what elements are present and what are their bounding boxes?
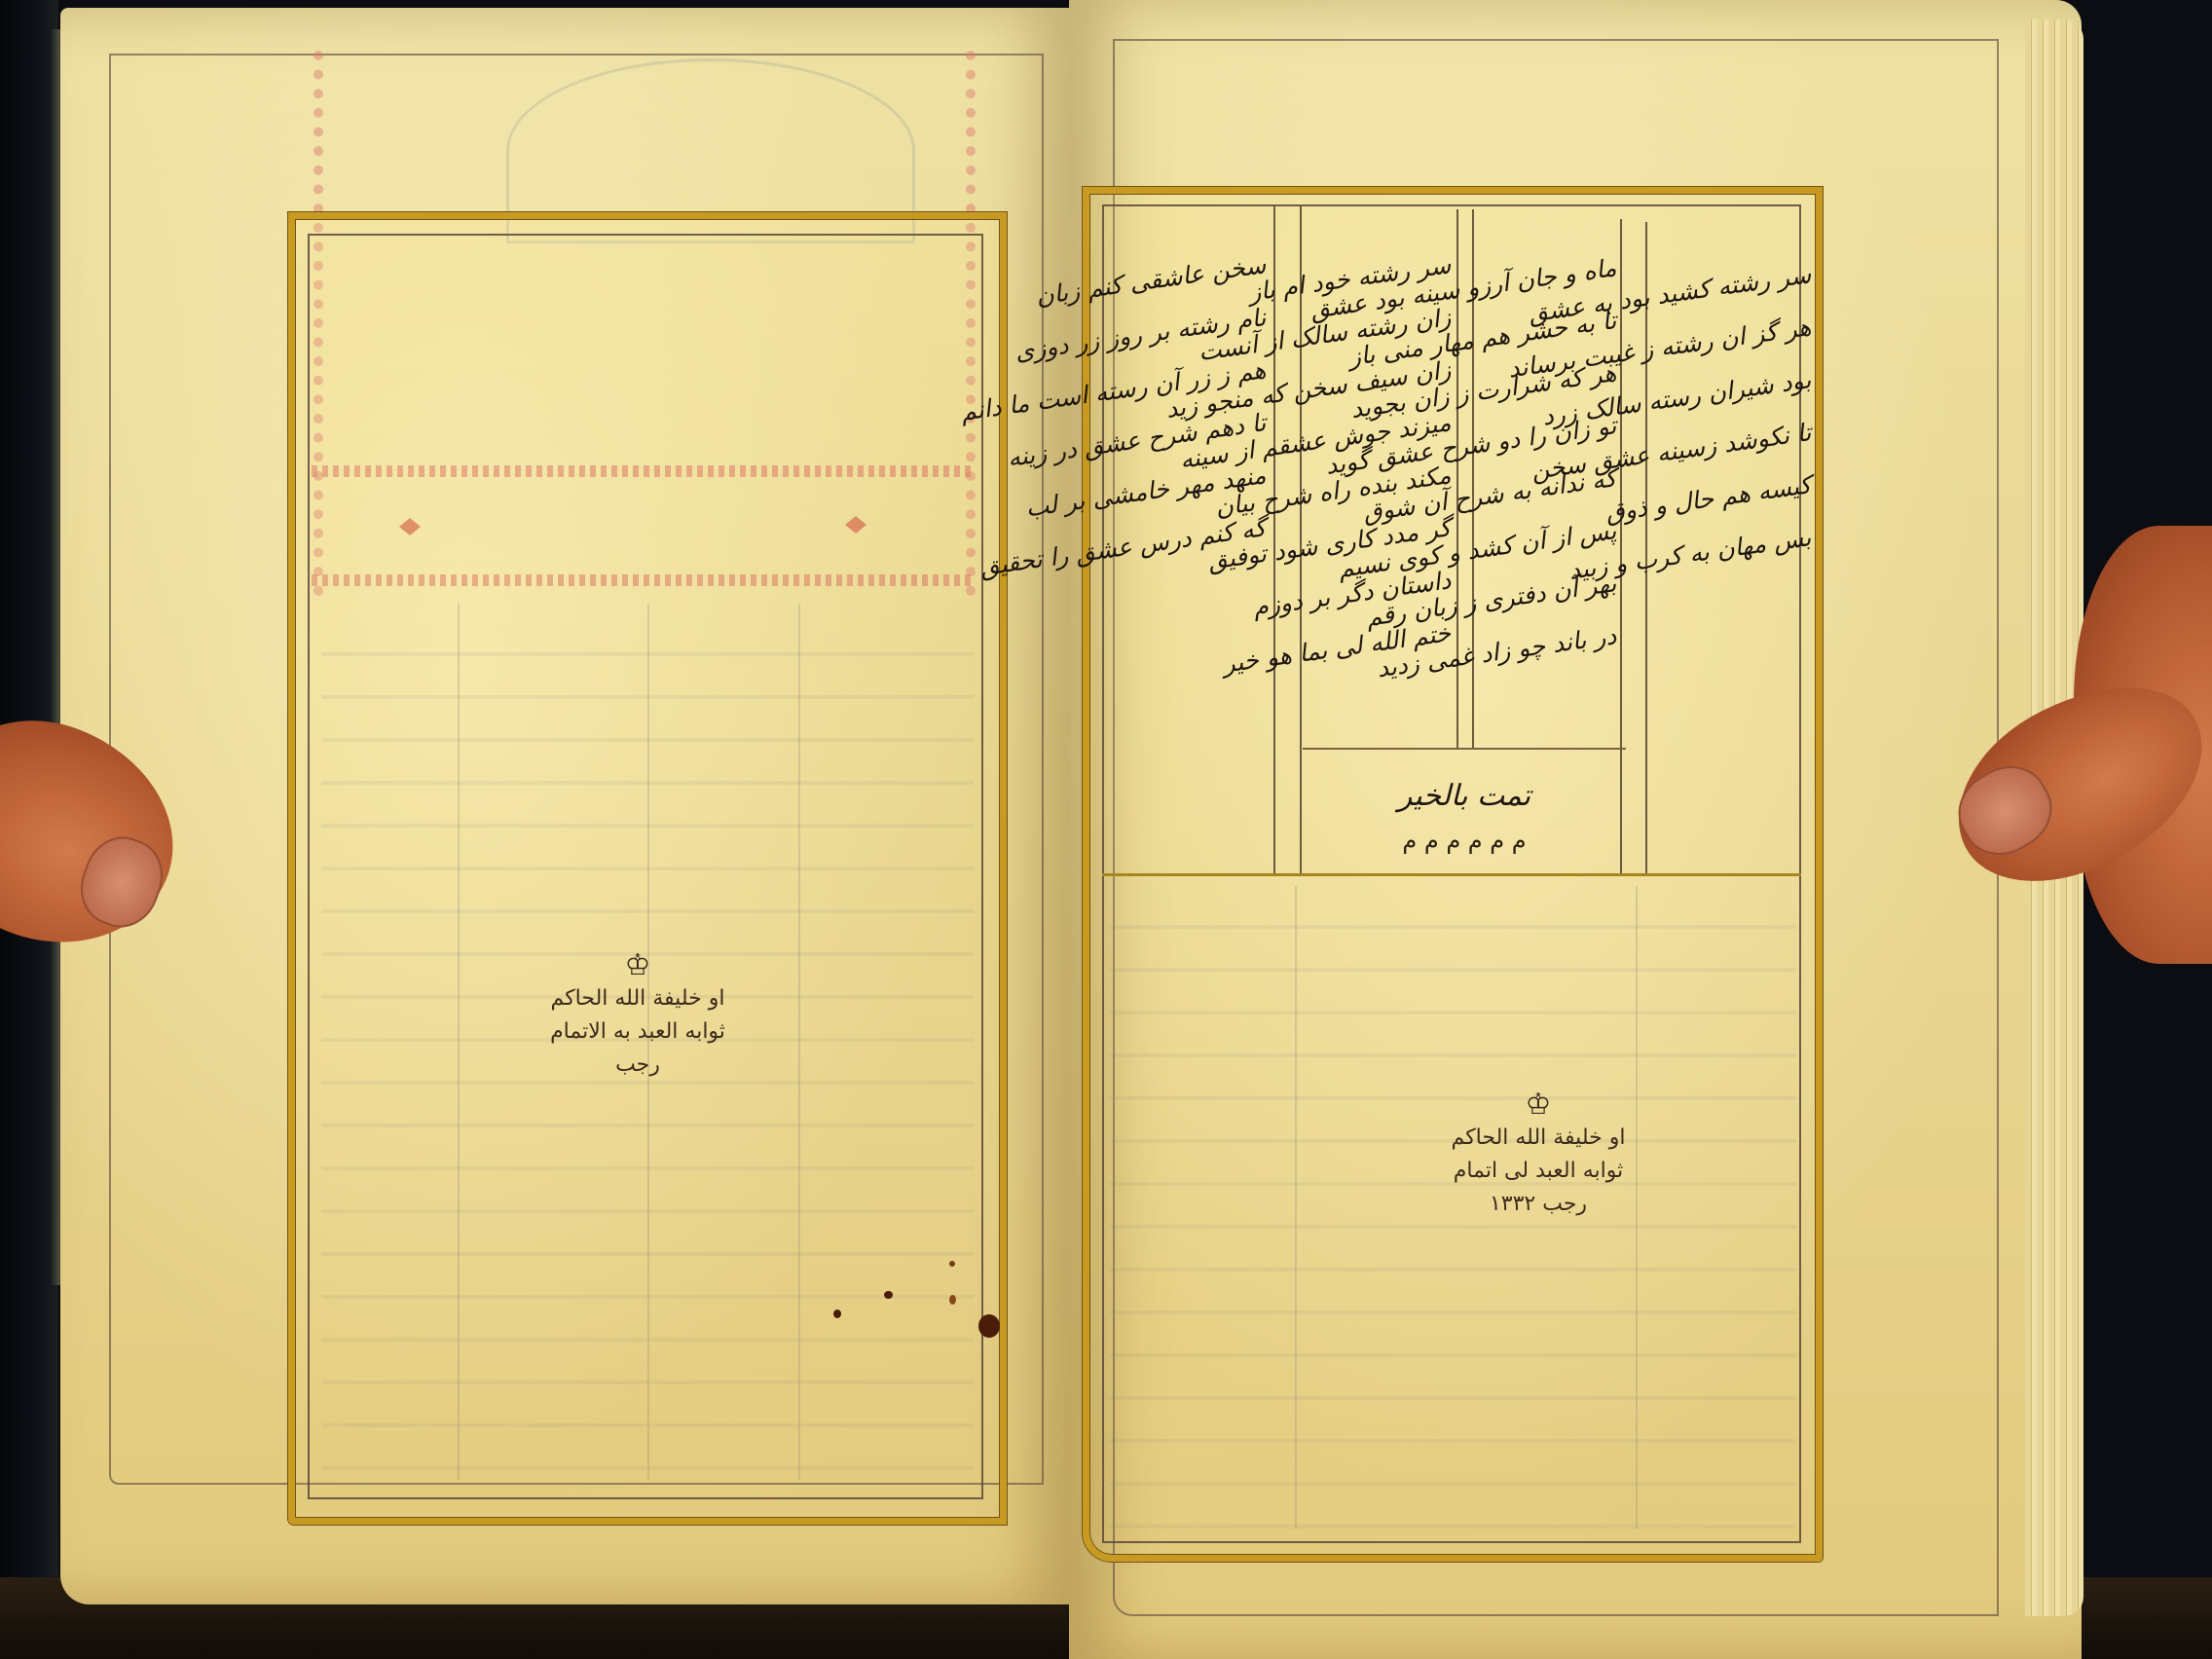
crown-emblem-icon: ♔ [625, 949, 651, 982]
stamp-line: ثوابه العبد لی اتمام [1451, 1155, 1626, 1188]
colophon-marks: م م م م م م [1303, 827, 1626, 854]
show-through-column-rule [1295, 886, 1297, 1529]
text-column-1: سر رشته کشید بود به عشق هر گز ان رشته ز … [1655, 248, 1811, 920]
ink-speck [949, 1295, 956, 1305]
stamp-line: رجب [545, 1049, 730, 1082]
stamp-date: رجب ۱۳۳۲ [1451, 1188, 1626, 1221]
stamp-line: ثوابه العبد به الاتمام [545, 1015, 730, 1049]
colophon-panel: تمت بالخیر م م م م م م [1303, 748, 1626, 874]
ink-speck [884, 1291, 893, 1299]
stamp-line: او خلیفة الله الحاکم [1451, 1122, 1626, 1155]
crown-emblem-icon: ♔ [1526, 1088, 1552, 1122]
ink-speck [949, 1261, 955, 1267]
show-through-column-rule [798, 604, 800, 1480]
right-library-stamp: ♔ او خلیفة الله الحاکم ثوابه العبد لی ات… [1451, 1088, 1626, 1221]
text-column-4: سخن عاشقی کنم زبان نام رشته بر روز زر دو… [1120, 239, 1266, 910]
colophon-title: تمت بالخیر [1303, 779, 1626, 813]
ink-stain [978, 1314, 1000, 1338]
ink-speck [833, 1309, 841, 1318]
show-through-column-rule [1636, 886, 1638, 1529]
show-through-column-rule [458, 604, 460, 1480]
left-library-stamp: ♔ او خلیفة الله الحاکم ثوابه العبد به ال… [545, 949, 730, 1082]
stamp-line: او خلیفة الله الحاکم [545, 982, 730, 1015]
